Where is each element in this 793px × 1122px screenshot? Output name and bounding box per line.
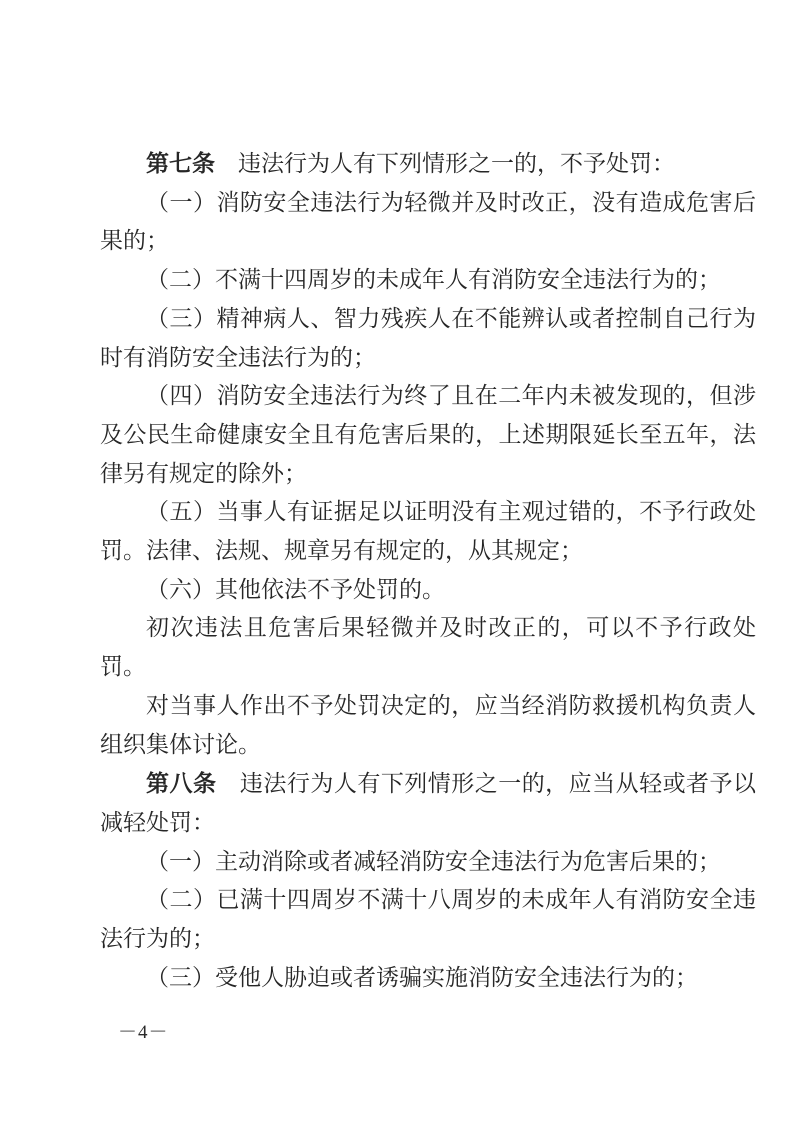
article-7-number: 第七条	[146, 150, 215, 176]
paragraph-first-offense: 初次违法且危害后果轻微并及时改正的，可以不予行政处罚。	[100, 609, 756, 686]
paragraph-text: （二）不满十四周岁的未成年人有消防安全违法行为的；	[146, 267, 721, 292]
paragraph-text: （二）已满十四周岁不满十八周岁的未成年人有消防安全违法行为的；	[100, 887, 756, 951]
paragraph-text: （三）受他人胁迫或者诱骗实施消防安全违法行为的；	[146, 965, 698, 990]
paragraph-text: 对当事人作出不予处罚决定的，应当经消防救援机构负责人组织集体讨论。	[100, 693, 756, 757]
paragraph-text: （一）消防安全违法行为轻微并及时改正，没有造成危害后果的；	[100, 190, 756, 254]
paragraph-text: （一）主动消除或者减轻消防安全违法行为危害后果的；	[146, 849, 721, 874]
paragraph-article-7: 第七条 违法行为人有下列情形之一的，不予处罚：	[100, 144, 756, 184]
paragraph-article-7-clause-4: （四）消防安全违法行为终了且在二年内未被发现的，但涉及公民生命健康安全且有危害后…	[100, 377, 756, 493]
paragraph-article-7-clause-2: （二）不满十四周岁的未成年人有消防安全违法行为的；	[100, 261, 756, 300]
paragraph-text: （四）消防安全违法行为终了且在二年内未被发现的，但涉及公民生命健康安全且有危害后…	[100, 383, 756, 485]
document-body: 第七条 违法行为人有下列情形之一的，不予处罚： （一）消防安全违法行为轻微并及时…	[100, 144, 756, 997]
paragraph-article-8-clause-1: （一）主动消除或者减轻消防安全违法行为危害后果的；	[100, 843, 756, 882]
paragraph-text: 违法行为人有下列情形之一的，不予处罚：	[215, 151, 675, 176]
paragraph-article-8-clause-3: （三）受他人胁迫或者诱骗实施消防安全违法行为的；	[100, 959, 756, 998]
paragraph-text: 初次违法且危害后果轻微并及时改正的，可以不予行政处罚。	[100, 615, 756, 679]
paragraph-text: （六）其他依法不予处罚的。	[146, 577, 445, 602]
article-8-number: 第八条	[146, 770, 216, 796]
paragraph-article-7-clause-3: （三）精神病人、智力残疾人在不能辨认或者控制自己行为时有消防安全违法行为的；	[100, 300, 756, 377]
paragraph-collective-discussion: 对当事人作出不予处罚决定的，应当经消防救援机构负责人组织集体讨论。	[100, 687, 756, 764]
paragraph-article-8-clause-2: （二）已满十四周岁不满十八周岁的未成年人有消防安全违法行为的；	[100, 881, 756, 958]
paragraph-article-8: 第八条 违法行为人有下列情形之一的，应当从轻或者予以减轻处罚：	[100, 764, 756, 842]
document-page: 第七条 违法行为人有下列情形之一的，不予处罚： （一）消防安全违法行为轻微并及时…	[0, 0, 793, 1122]
paragraph-article-7-clause-1: （一）消防安全违法行为轻微并及时改正，没有造成危害后果的；	[100, 184, 756, 261]
page-number: －4－	[118, 1020, 169, 1046]
paragraph-text: （三）精神病人、智力残疾人在不能辨认或者控制自己行为时有消防安全违法行为的；	[100, 306, 756, 370]
paragraph-article-7-clause-6: （六）其他依法不予处罚的。	[100, 571, 756, 610]
paragraph-article-7-clause-5: （五）当事人有证据足以证明没有主观过错的，不予行政处罚。法律、法规、规章另有规定…	[100, 493, 756, 570]
paragraph-text: （五）当事人有证据足以证明没有主观过错的，不予行政处罚。法律、法规、规章另有规定…	[100, 499, 756, 563]
